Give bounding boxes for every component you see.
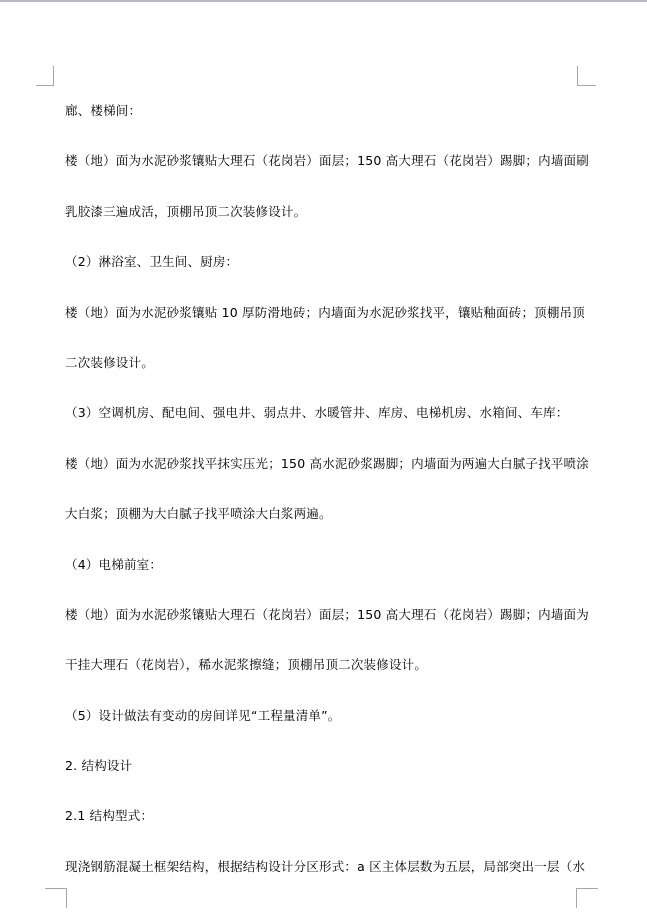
paragraph-line: 乳胶漆三遍成活，顶棚吊顶二次装修设计。: [65, 202, 585, 252]
paragraph-line: 楼（地）面为水泥砂浆镶贴大理石（花岗岩）面层；150 高大理石（花岗岩）踢脚；内…: [65, 151, 585, 201]
crop-mark-bottom-left: [45, 888, 67, 908]
section-heading: （5）设计做法有变动的房间详见“工程量清单”。: [65, 706, 585, 756]
paragraph-line: 楼（地）面为水泥砂浆镶贴大理石（花岗岩）面层；150 高大理石（花岗岩）踢脚；内…: [65, 605, 585, 655]
page-top-border: [0, 0, 647, 2]
paragraph-line: 楼（地）面为水泥砂浆找平抹实压光；150 高水泥砂浆踢脚；内墙面为两遍大白腻子找…: [65, 454, 585, 504]
paragraph-line: 现浇钢筋混凝土框架结构，根据结构设计分区形式：a 区主体层数为五层，局部突出一层…: [65, 857, 585, 907]
section-heading: （4）电梯前室：: [65, 555, 585, 605]
document-body: 廊、楼梯间： 楼（地）面为水泥砂浆镶贴大理石（花岗岩）面层；150 高大理石（花…: [65, 101, 585, 907]
section-heading: （3）空调机房、配电间、强电井、弱点井、水暖管井、库房、电梯机房、水箱间、车库：: [65, 403, 585, 453]
crop-mark-top-right: [577, 66, 596, 86]
crop-mark-top-left: [36, 66, 54, 86]
paragraph-line: 廊、楼梯间：: [65, 101, 585, 151]
paragraph-line: 二次装修设计。: [65, 353, 585, 403]
section-heading: （2）淋浴室、卫生间、厨房：: [65, 252, 585, 302]
subsection-heading: 2.1 结构型式：: [65, 806, 585, 856]
paragraph-line: 楼（地）面为水泥砂浆镶贴 10 厚防滑地砖；内墙面为水泥砂浆找平，镶贴釉面砖；顶…: [65, 303, 585, 353]
chapter-heading: 2. 结构设计: [65, 756, 585, 806]
paragraph-line: 大白浆；顶棚为大白腻子找平喷涂大白浆两遍。: [65, 504, 585, 554]
paragraph-line: 干挂大理石（花岗岩），稀水泥浆擦缝；顶棚吊顶二次装修设计。: [65, 655, 585, 705]
